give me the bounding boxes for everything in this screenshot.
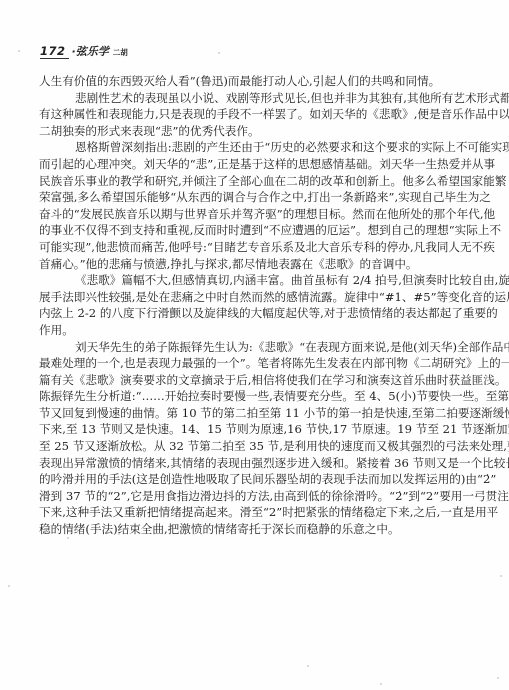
text-line: 最难处理的一个,也是表现力最强的一个”。笔者将陈先生发表在内部刊物《二胡研究》上… — [39, 355, 473, 372]
text-line: 展手法即兴性较强,是处在悲痛之中时自然而然的感情流露。旋律中“#1、#5”等变化… — [39, 289, 473, 306]
text-line: 滑到 37 节的“2”,它是用食指边滑边抖的方法,由高到低的徐徐滑吟。“2̇”到… — [39, 488, 473, 505]
text-line: 有这种属性和表现能力,只是表现的手段不一样罢了。如刘天华的《悲歌》,便是音乐作品… — [39, 106, 473, 123]
book-subtitle: 二胡 — [113, 47, 128, 58]
text-line: 人生有价值的东西毁灭给人看”(鲁迅)而最能打动人心,引起人们的共鸣和同情。 — [39, 73, 473, 90]
text-line: 《悲歌》篇幅不大,但感情真切,内涵丰富。曲首虽标有 2/4 拍号,但演奏时比较自… — [39, 272, 473, 289]
text-line: 刘天华先生的弟子陈振铎先生认为:《悲歌》“在表现方面来说,是他(刘天华)全部作品… — [39, 339, 473, 356]
text-line: 作用。 — [39, 322, 473, 339]
body-text: 人生有价值的东西毁灭给人看”(鲁迅)而最能打动人心,引起人们的共鸣和同情。 悲剧… — [39, 73, 473, 538]
text-line: 可能实现”,他悲愤而痛苦,他呼号:“目睹艺专音乐系及北大音乐专科的停办,凡我同人… — [39, 239, 473, 256]
text-line: 内弦上 2̇-2 的八度下行滑颤以及旋律线的大幅度起伏等,对于悲愤情绪的表达都起… — [39, 305, 473, 322]
text-line: 二胡独奏的形式来表现“悲”的优秀代表作。 — [39, 123, 473, 140]
text-line: 的事业不仅得不到支持和重视,反而时时遭到“不应遭遇的厄运”。想到自己的理想“实际… — [39, 222, 473, 239]
scan-speck — [500, 575, 502, 577]
scan-speck — [218, 52, 220, 54]
text-line: 表现出异常激愤的情绪来,其情绪的表现由强烈逐步进入缓和。紧接着 36 节则又是一… — [39, 455, 473, 472]
text-line: 下来,这种手法又重新把情绪提高起来。滑至“2”时把紧张的情绪稳定下来,之后,一直… — [39, 504, 473, 521]
text-line: 节又回复到慢速的曲情。第 10 节的第二拍至第 11 小节的第一拍是快速,至第二… — [39, 405, 473, 422]
text-line: 下来,至 13 节则又是快速。14、15 节则为原速,16 节快,17 节原速。… — [39, 421, 473, 438]
text-line: 稳的情绪(手法)结束全曲,把激愤的情绪寄托于深长而稳静的乐意之中。 — [39, 521, 473, 538]
text-line: 首痛心。”他的悲痛与愤懑,挣扎与探求,都尽情地表露在《悲歌》的音调中。 — [39, 256, 473, 273]
text-line: 悲剧性艺术的表现虽以小说、戏剧等形式见长,但也并非为其独有,其他所有艺术形式都具 — [39, 90, 473, 107]
text-line: 陈振铎先生分析道:“……开始拉奏时要慢一些,表情要充分些。至 4、5(小)节要快… — [39, 388, 473, 405]
running-header: 172 ·弦乐学 二胡 — [40, 43, 128, 59]
scan-speck — [8, 585, 10, 587]
text-line: 的吟滑并用的手法(这是创造性地吸取了民间乐器坠胡的表现手法而加以发挥运用的)由“… — [39, 471, 473, 488]
scan-speck — [18, 50, 20, 52]
text-line: 荣富强,多么希望国乐能够“从东西的调合与合作之中,打出一条新路来”,实现自己毕生… — [39, 189, 473, 206]
page-number: 172 — [40, 44, 69, 59]
scan-speck — [307, 665, 309, 667]
text-line: 篇有关《悲歌》演奏要求的文章摘录于后,相信将使我们在学习和演奏这首乐曲时获益匪浅… — [39, 372, 473, 389]
text-line: 而引起的心理冲突。刘天华的“悲”,正是基于这样的思想感情基础。刘天华一生热爱并从… — [39, 156, 473, 173]
scan-speck — [67, 537, 69, 539]
text-line: 恩格斯曾深刻指出:悲剧的产生还由于“历史的必然要求和这个要求的实际上不可能实现” — [39, 139, 473, 156]
scan-speck — [380, 683, 382, 685]
scan-speck — [118, 533, 120, 535]
text-line: 民族音乐事业的教学和研究,并倾注了全部心血在二胡的改革和创新上。他多么希望国家能… — [39, 173, 473, 190]
text-line: 奋斗的“发展民族音乐以期与世界音乐并驾齐驱”的理想目标。然而在他所处的那个年代,… — [39, 206, 473, 223]
book-title: ·弦乐学 — [72, 43, 109, 59]
text-line: 至 25 节又逐渐放松。从 32 节第二拍至 35 节,是利用快的速度而又极其强… — [39, 438, 473, 455]
scan-speck — [497, 677, 499, 679]
